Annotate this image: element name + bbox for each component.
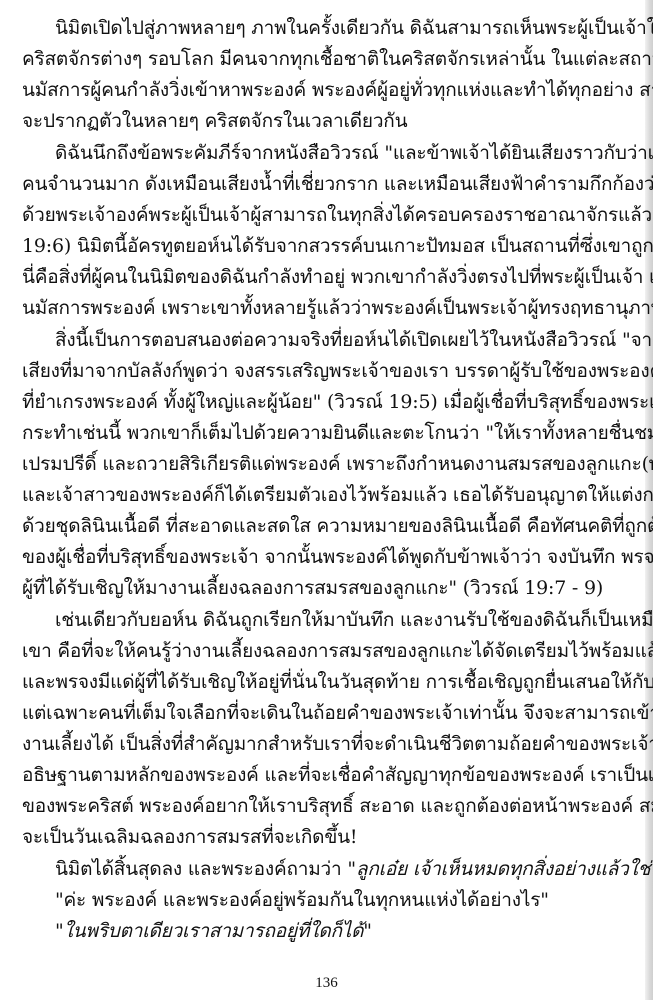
paragraph-2-line-6: นมัสการพระองค์ เพราะเขาทั้งหลายรู้แล้วว่…: [22, 293, 653, 324]
paragraph-3-line-9: ผู้ที่ได้รับเชิญให้มางานเลี้ยงฉลองการสมร…: [22, 573, 603, 604]
closing-narration: นิมิตได้สิ้นสุดลง และพระองค์ถามว่า: [55, 858, 347, 880]
paragraph-2-line-4: 19:6) นิมิตนี้อัครทูตยอห์นได้รับจากสวรรค…: [22, 231, 634, 262]
paragraph-1-line-2: คริสตจักรต่างๆ รอบโลก มีคนจากทุกเชื้อชาต…: [22, 44, 634, 75]
paragraph-3-line-5: เปรมปรีดิ์ และถวายสิริเกียรติแด่พระองค์ …: [22, 449, 634, 480]
paragraph-1-line-4: จะปรากฏตัวในหลายๆ คริสตจักรในเวลาเดียวกั…: [22, 106, 407, 137]
paragraph-4-line-2: เขา คือที่จะให้คนรู้ว่างานเลี้ยงฉลองการส…: [22, 636, 634, 667]
paragraph-4-line-4: แต่เฉพาะคนที่เต็มใจเลือกที่จะเดินในถ้อยค…: [22, 698, 634, 729]
paragraph-3-line-6: และเจ้าสาวของพระองค์ก็ได้เตรียมตัวเองไว้…: [22, 480, 634, 511]
paragraph-4-line-8: จะเป็นวันเฉลิมฉลองการสมรสที่จะเกิดขึ้น!: [22, 822, 357, 853]
closing-narration-line: นิมิตได้สิ้นสุดลง และพระองค์ถามว่า "ลูกเ…: [55, 854, 653, 885]
paragraph-1-line-1: นิมิตเปิดไปสู่ภาพหลายๆ ภาพในครั้งเดียวกั…: [55, 13, 634, 44]
paragraph-4-line-1: เช่นเดียวกับยอห์น ดิฉันถูกเรียกให้มาบันท…: [55, 605, 634, 636]
paragraph-2-line-1: ดิฉันนึกถึงข้อพระคัมภีร์จากหนังสือวิวรณ์…: [55, 138, 634, 169]
paragraph-3-line-7: ด้วยชุดลินินเนื้อดี ที่สะอาดและสดใส ความ…: [22, 511, 634, 542]
closing-question: "ลูกเอ๋ย เจ้าเห็นหมดทุกสิ่งอย่างแล้วใช่ไ…: [347, 858, 653, 880]
paragraph-2-line-5: นี่คือสิ่งที่ผู้คนในนิมิตของดิฉันกำลังทำ…: [22, 262, 634, 293]
closing-reply: "ค่ะ พระองค์ และพระองค์อยู่พร้อมกันในทุก…: [55, 885, 549, 916]
paragraph-2-line-3: ด้วยพระเจ้าองค์พระผู้เป็นเจ้าผู้สามารถใน…: [22, 200, 634, 231]
paragraph-2-line-2: คนจำนวนมาก ดังเหมือนเสียงน้ำที่เชี่ยวกรา…: [22, 169, 634, 200]
paragraph-3-line-1: สิ่งนี้เป็นการตอบสนองต่อความจริงที่ยอห์น…: [55, 325, 634, 356]
paragraph-3-line-3: ที่ยำเกรงพระองค์ ทั้งผู้ใหญ่และผู้น้อย" …: [22, 387, 634, 418]
paragraph-3-line-2: เสียงที่มาจากบัลลังก์พูดว่า จงสรรเสริญพร…: [22, 356, 634, 387]
paragraph-4-line-6: อธิษฐานตามหลักของพระองค์ และที่จะเชื่อคำ…: [22, 760, 634, 791]
page-number: 136: [0, 975, 653, 992]
paragraph-3-line-8: ของผู้เชื่อที่บริสุทธิ์ของพระเจ้า จากนั้…: [22, 542, 634, 573]
paragraph-4-line-3: และพรจงมีแด่ผู้ที่ได้รับเชิญให้อยู่ที่นั…: [22, 667, 634, 698]
paragraph-4-line-5: งานเลี้ยงได้ เป็นสิ่งที่สำคัญมากสำหรับเร…: [22, 729, 634, 760]
paragraph-1-line-3: นมัสการผู้คนกำลังวิ่งเข้าหาพระองค์ พระอง…: [22, 75, 634, 106]
paragraph-3-line-4: กระทำเช่นนี้ พวกเขาก็เต็มไปด้วยความยินดี…: [22, 418, 634, 449]
closing-answer: "ในพริบตาเดียวเราสามารถอยู่ที่ใดก็ได้": [55, 916, 372, 947]
paragraph-4-line-7: ของพระคริสต์ พระองค์อยากให้เราบริสุทธิ์ …: [22, 791, 634, 822]
